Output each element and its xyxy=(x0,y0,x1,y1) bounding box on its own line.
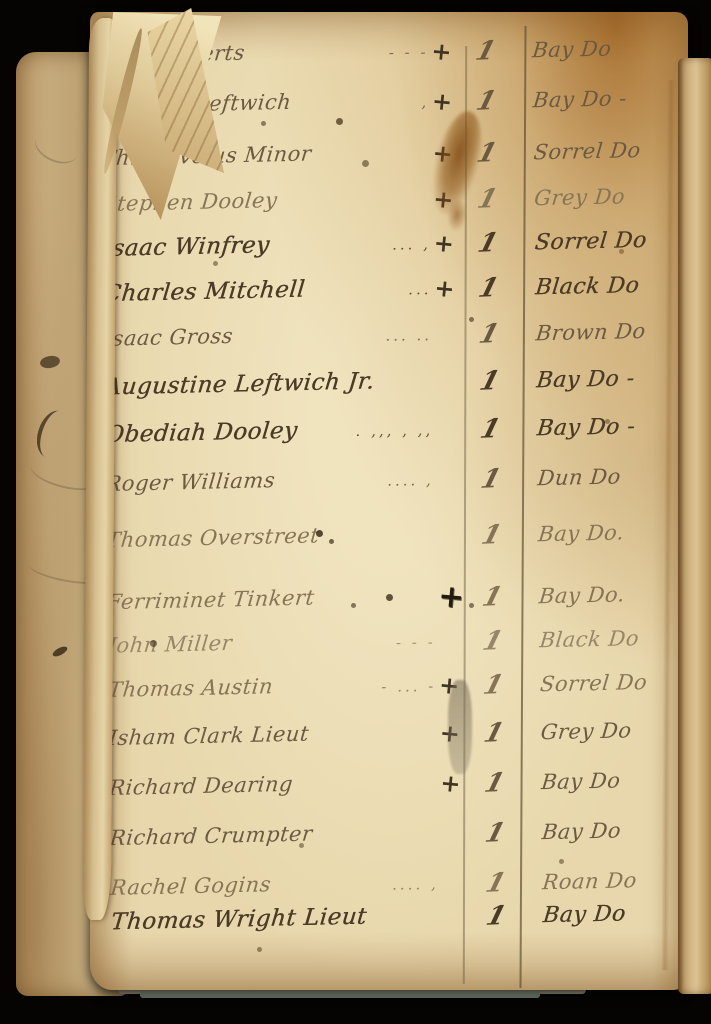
horse-count: 1 xyxy=(479,626,506,657)
muster-cross-mark xyxy=(435,319,461,321)
muster-cross-mark xyxy=(436,414,462,416)
horse-color-entry: Bay Do xyxy=(542,901,627,928)
leader-marks xyxy=(318,145,430,146)
muster-cross-mark: + xyxy=(433,273,462,304)
muster-cross-mark: + xyxy=(433,228,462,259)
horse-count: 1 xyxy=(478,520,505,551)
horse-color-entry: Sorrel Do xyxy=(532,138,641,164)
horse-color-entry: Sorrel Do xyxy=(534,228,648,255)
horse-count: 1 xyxy=(479,582,506,613)
horse-color-entry: Brown Do xyxy=(535,319,647,345)
horse-count: 1 xyxy=(475,228,502,259)
horse-count: 1 xyxy=(483,901,510,932)
horse-color-entry: Grey Do xyxy=(533,184,626,210)
muster-cross-mark: + xyxy=(432,184,461,215)
horse-color-entry: Bay Do - xyxy=(536,414,637,441)
horse-color-entry: Bay Do xyxy=(541,818,622,844)
horse-count: 1 xyxy=(481,718,508,749)
person-name: Charles Mitchell xyxy=(102,277,306,308)
muster-cross-mark xyxy=(437,464,463,466)
manuscript-scan: John Roberts - - - + 1 Bay Do Thomas Lef… xyxy=(0,0,711,1024)
leader-marks: ... .. xyxy=(320,326,432,345)
person-name: Stephen Dooley xyxy=(101,188,279,216)
person-name: Isaac Gross xyxy=(103,324,235,351)
muster-cross-mark: + xyxy=(431,138,460,169)
person-name: Isaac Winfrey xyxy=(102,232,271,262)
horse-count: 1 xyxy=(481,768,508,799)
horse-count: 1 xyxy=(482,818,509,849)
person-name: Roger Williams xyxy=(104,468,276,496)
horse-count: 1 xyxy=(480,670,507,701)
horse-count: 1 xyxy=(473,86,500,117)
person-name: Ferriminet Tinkert xyxy=(106,585,316,614)
leader-marks xyxy=(325,775,437,776)
horse-color-entry: Bay Do. xyxy=(538,582,626,608)
ink-speckles xyxy=(0,0,3,3)
leader-marks xyxy=(326,825,438,826)
muster-cross-mark: + xyxy=(439,768,468,799)
horse-color-entry: Black Do xyxy=(538,626,640,652)
person-name: Isham Clark Lieut xyxy=(108,722,311,751)
ledger-row: Thomas Wright Lieut 1 Bay Do xyxy=(5,901,711,952)
horse-color-entry: Black Do xyxy=(534,273,640,300)
horse-count: 1 xyxy=(475,273,502,304)
person-name: Augustine Leftwich Jr. xyxy=(103,368,376,400)
next-page-sliver xyxy=(678,58,711,994)
horse-count: 1 xyxy=(476,366,503,397)
person-name: Richard Crumpter xyxy=(109,822,314,851)
horse-color-entry: Bay Do - xyxy=(532,86,628,112)
muster-cross-mark xyxy=(442,868,468,870)
leader-marks xyxy=(322,527,434,528)
leader-marks: .... , xyxy=(322,471,434,490)
horse-count: 1 xyxy=(477,414,504,445)
muster-cross-mark: + xyxy=(438,670,467,701)
horse-count: 1 xyxy=(472,36,499,67)
leader-marks: - - - xyxy=(324,633,436,652)
muster-cross-mark xyxy=(435,366,461,368)
leader-marks: .... , xyxy=(327,875,439,894)
horse-color-entry: Sorrel Do xyxy=(539,670,648,696)
horse-color-entry: Roan Do xyxy=(541,868,638,894)
horse-color-entry: Bay Do. xyxy=(537,520,625,546)
leader-marks xyxy=(323,589,435,590)
person-name: Obediah Dooley xyxy=(104,418,299,448)
leader-marks: ... xyxy=(319,280,431,299)
muster-cross-mark: + xyxy=(439,718,468,749)
leader-marks: ... , xyxy=(319,235,431,254)
leader-marks xyxy=(325,725,437,726)
person-name: Thomas Wright Lieut xyxy=(110,904,368,936)
horse-color-entry: Bay Do - xyxy=(535,366,636,393)
person-name: Richard Dearing xyxy=(108,772,294,800)
horse-color-entry: Dun Do xyxy=(536,464,622,490)
horse-color-entry: Bay Do xyxy=(531,37,612,63)
horse-count: 1 xyxy=(476,319,503,350)
horse-count: 1 xyxy=(482,868,509,899)
leader-marks xyxy=(318,191,430,192)
leader-marks: . ,,, , ,, xyxy=(321,421,433,440)
horse-color-entry: Bay Do xyxy=(540,768,621,794)
person-name: Thomas Austin xyxy=(107,674,274,702)
person-name: Rachel Gogins xyxy=(109,872,272,900)
horse-count: 1 xyxy=(477,464,504,495)
muster-cross-mark xyxy=(437,520,463,522)
muster-cross-mark: + xyxy=(430,36,459,67)
muster-cross-mark: + xyxy=(437,578,466,616)
muster-cross-mark: + xyxy=(431,86,460,117)
leader-marks: , xyxy=(317,93,429,112)
horse-count: 1 xyxy=(474,138,501,169)
muster-cross-mark xyxy=(441,818,467,820)
person-name: Thomas Overstreet xyxy=(105,523,320,552)
leader-marks: - - - xyxy=(316,43,428,62)
person-name: John Miller xyxy=(106,631,233,658)
horse-count: 1 xyxy=(474,184,501,215)
horse-color-entry: Grey Do xyxy=(540,718,633,744)
leader-marks: - ... - xyxy=(324,677,436,696)
